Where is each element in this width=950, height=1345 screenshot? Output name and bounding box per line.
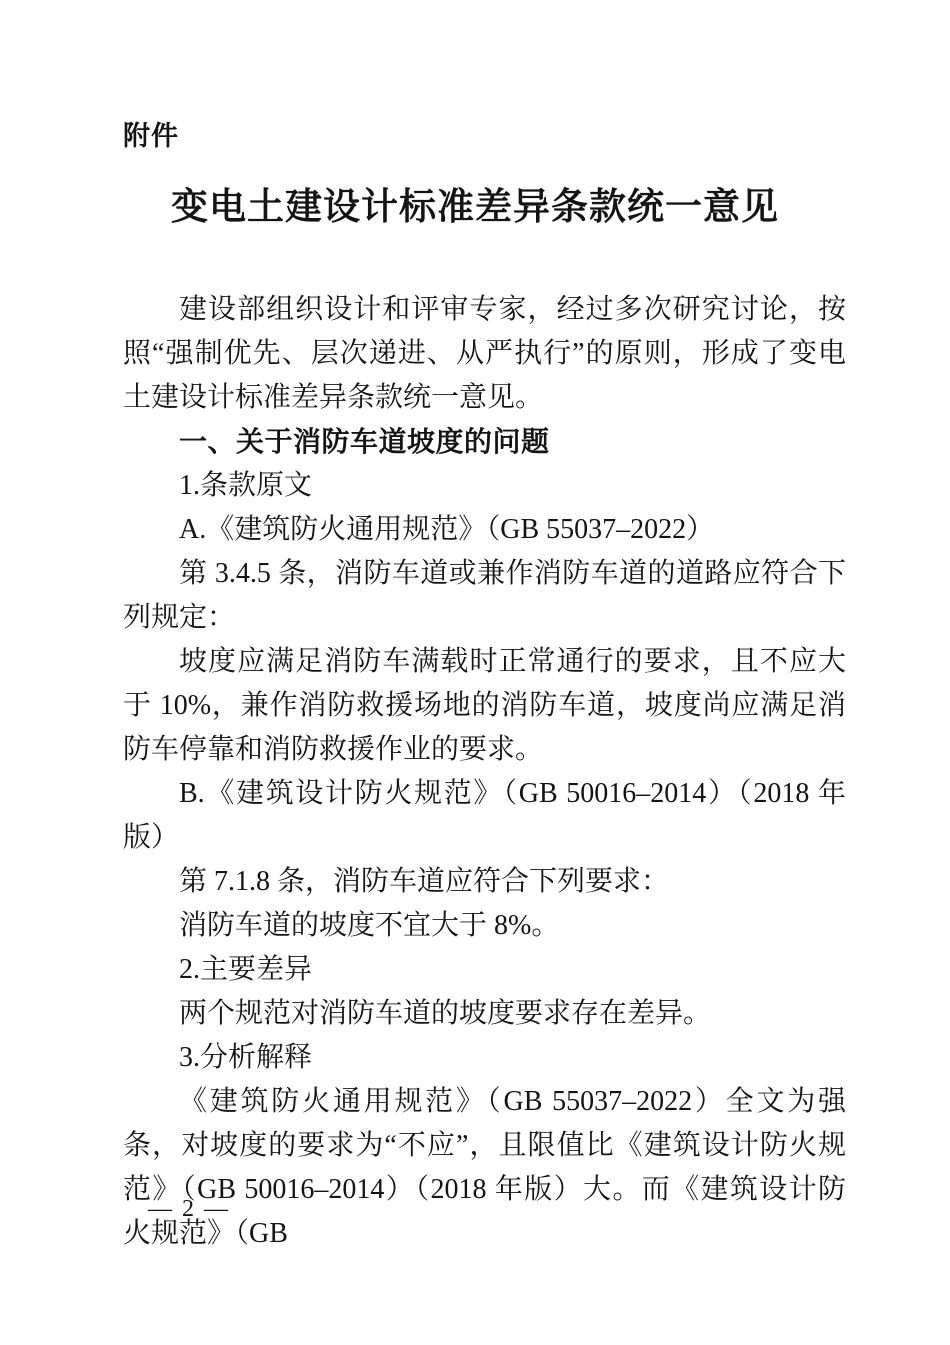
document-page: 附件 变电土建设计标准差异条款统一意见 建设部组织设计和评审专家，经过多次研究讨…	[0, 0, 950, 1345]
page-number: — 2 —	[148, 1194, 230, 1224]
document-title: 变电土建设计标准差异条款统一意见	[0, 184, 950, 232]
paragraph-main-difference-label: 2.主要差异	[123, 948, 846, 992]
document-body: 建设部组织设计和评审专家，经过多次研究讨论，按照“强制优先、层次递进、从严执行”…	[123, 288, 846, 1256]
paragraph-analysis-body: 《建筑防火通用规范》（GB 55037–2022）全文为强条，对坡度的要求为“不…	[123, 1080, 846, 1256]
paragraph-intro: 建设部组织设计和评审专家，经过多次研究讨论，按照“强制优先、层次递进、从严执行”…	[123, 288, 846, 420]
paragraph-standard-b: B.《建筑设计防火规范》（GB 50016–2014）（2018 年版）	[123, 772, 846, 860]
paragraph-clause-original-label: 1.条款原文	[123, 464, 846, 508]
paragraph-clause-345: 第 3.4.5 条，消防车道或兼作消防车道的道路应符合下列规定：	[123, 552, 846, 640]
paragraph-slope-requirement: 坡度应满足消防车满载时正常通行的要求，且不应大于 10%，兼作消防救援场地的消防…	[123, 640, 846, 772]
paragraph-difference-statement: 两个规范对消防车道的坡度要求存在差异。	[123, 992, 846, 1036]
paragraph-standard-a: A.《建筑防火通用规范》（GB 55037–2022）	[123, 508, 846, 552]
section-heading-1: 一、关于消防车道坡度的问题	[123, 420, 846, 464]
paragraph-slope-limit-8: 消防车道的坡度不宜大于 8%。	[123, 904, 846, 948]
paragraph-clause-718: 第 7.1.8 条，消防车道应符合下列要求：	[123, 860, 846, 904]
paragraph-analysis-label: 3.分析解释	[123, 1036, 846, 1080]
attachment-label: 附件	[123, 119, 179, 153]
